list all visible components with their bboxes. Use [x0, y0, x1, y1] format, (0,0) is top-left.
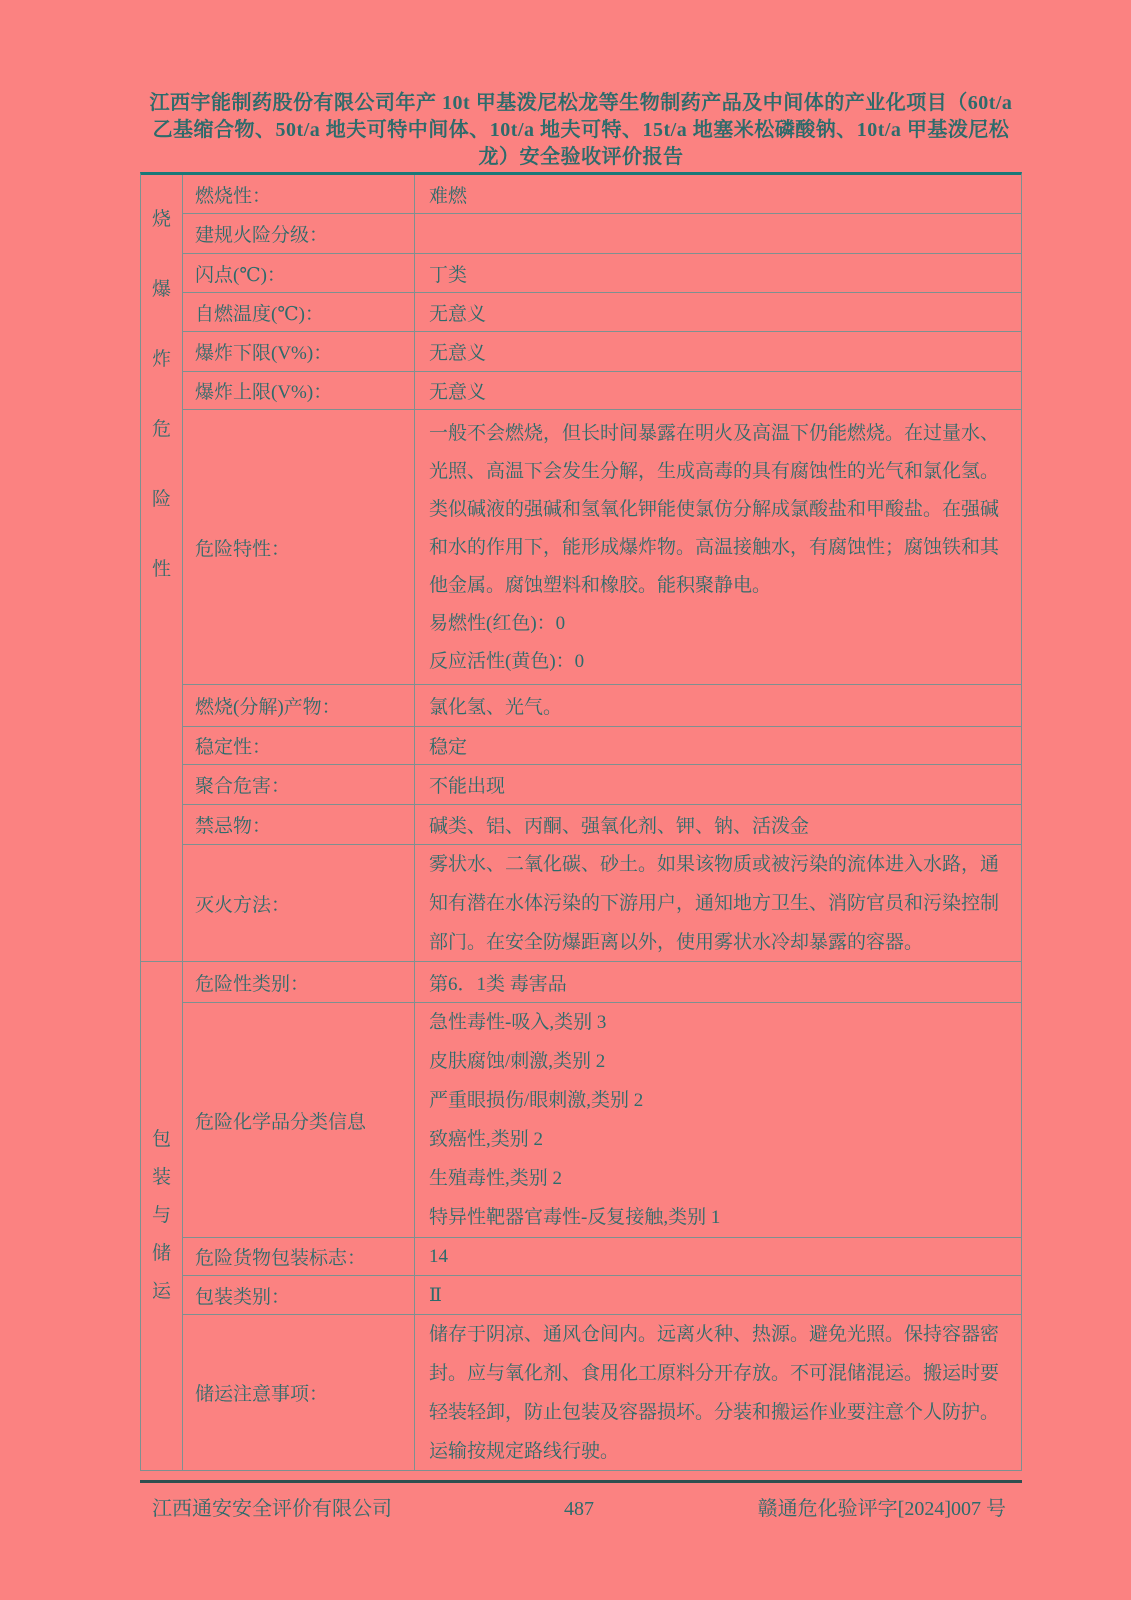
row-value: 无意义 — [415, 332, 1021, 371]
row-hazard-characteristics: 危险特性： 一般不会燃烧，但长时间暴露在明火及高温下仍能燃烧。在过量水、光照、高… — [183, 409, 1021, 684]
row-packaging-mark: 危险货物包装标志： 14 — [183, 1237, 1021, 1275]
row-label: 爆炸上限(V%)： — [183, 372, 415, 409]
row-value: 不能出现 — [415, 765, 1021, 804]
footer-page-number: 487 — [564, 1498, 594, 1521]
row-label: 聚合危害： — [183, 765, 415, 804]
classification-line: 致癌性,类别 2 — [429, 1120, 1013, 1159]
row-label: 包装类别： — [183, 1276, 415, 1314]
row-value: 储存于阴凉、通风仓间内。远离火种、热源。避免光照。保持容器密封。应与氧化剂、食用… — [415, 1315, 1021, 1470]
row-value: 稳定 — [415, 727, 1021, 764]
row-explosion-lower-limit: 爆炸下限(V%)： 无意义 — [183, 331, 1021, 371]
row-stability: 稳定性： 稳定 — [183, 726, 1021, 764]
row-explosion-upper-limit: 爆炸上限(V%)： 无意义 — [183, 371, 1021, 409]
row-value: 急性毒性-吸入,类别 3 皮肤腐蚀/刺激,类别 2 严重眼损伤/眼刺激,类别 2… — [415, 1003, 1021, 1237]
section-fire-explosion-hazard: 烧爆炸危险性 燃烧性： 难燃 建规火险分级： 闪点(℃)： 丁类 自燃温度(℃)… — [141, 175, 1021, 961]
row-value: 无意义 — [415, 372, 1021, 409]
row-value: 氯化氢、光气。 — [415, 685, 1021, 726]
row-hazchem-classification: 危险化学品分类信息 急性毒性-吸入,类别 3 皮肤腐蚀/刺激,类别 2 严重眼损… — [183, 1002, 1021, 1237]
footer-company: 江西通安安全评价有限公司 — [140, 1492, 564, 1521]
row-label: 自燃温度(℃)： — [183, 293, 415, 331]
hazard-properties-table: 烧爆炸危险性 燃烧性： 难燃 建规火险分级： 闪点(℃)： 丁类 自燃温度(℃)… — [140, 172, 1022, 1471]
row-value: 一般不会燃烧，但长时间暴露在明火及高温下仍能燃烧。在过量水、光照、高温下会发生分… — [415, 410, 1021, 684]
row-label: 稳定性： — [183, 727, 415, 764]
row-value: 雾状水、二氧化碳、砂土。如果该物质或被污染的流体进入水路，通知有潜在水体污染的下… — [415, 845, 1021, 961]
row-value: 无意义 — [415, 293, 1021, 331]
row-packaging-category: 包装类别： Ⅱ — [183, 1275, 1021, 1314]
row-label: 危险性类别： — [183, 962, 415, 1002]
section-packaging-storage: 包装与储运 危险性类别： 第6．1类 毒害品 危险化学品分类信息 急性毒性-吸入… — [141, 961, 1021, 1470]
row-value — [415, 214, 1021, 253]
row-storage-transport-notes: 储运注意事项： 储存于阴凉、通风仓间内。远离火种、热源。避免光照。保持容器密封。… — [183, 1314, 1021, 1470]
row-label: 危险货物包装标志： — [183, 1238, 415, 1275]
row-polymerization-hazard: 聚合危害： 不能出现 — [183, 764, 1021, 804]
row-combustion-products: 燃烧(分解)产物： 氯化氢、光气。 — [183, 684, 1021, 726]
footer-doc-number: 赣通危化验评字[2024]007 号 — [594, 1492, 1022, 1521]
flammability-rating-line: 易燃性(红色)：0 — [429, 605, 1013, 643]
hazard-paragraph: 一般不会燃烧，但长时间暴露在明火及高温下仍能燃烧。在过量水、光照、高温下会发生分… — [429, 423, 999, 596]
page-title: 江西宇能制药股份有限公司年产 10t 甲基泼尼松龙等生物制药产品及中间体的产业化… — [130, 0, 1032, 171]
classification-line: 特异性靶器官毒性-反复接触,类别 1 — [429, 1198, 1013, 1237]
page-title-line-3: 龙）安全验收评价报告 — [130, 144, 1032, 171]
page-title-line-2: 乙基缩合物、50t/a 地夫可特中间体、10t/a 地夫可特、15t/a 地塞米… — [130, 117, 1032, 144]
row-value: 第6．1类 毒害品 — [415, 962, 1021, 1002]
row-value: 难燃 — [415, 175, 1021, 213]
row-label: 灭火方法： — [183, 845, 415, 961]
row-label: 危险特性： — [183, 410, 415, 684]
row-value: 14 — [415, 1238, 1021, 1275]
section-vertical-label-packaging-storage: 包装与储运 — [141, 962, 183, 1470]
classification-line: 生殖毒性,类别 2 — [429, 1159, 1013, 1198]
page-footer: 江西通安安全评价有限公司 487 赣通危化验评字[2024]007 号 — [140, 1480, 1022, 1521]
row-label: 闪点(℃)： — [183, 254, 415, 292]
page-title-line-1: 江西宇能制药股份有限公司年产 10t 甲基泼尼松龙等生物制药产品及中间体的产业化… — [130, 90, 1032, 117]
classification-line: 急性毒性-吸入,类别 3 — [429, 1003, 1013, 1042]
row-hazard-class: 危险性类别： 第6．1类 毒害品 — [183, 962, 1021, 1002]
row-label: 危险化学品分类信息 — [183, 1003, 415, 1237]
row-fire-fighting-methods: 灭火方法： 雾状水、二氧化碳、砂土。如果该物质或被污染的流体进入水路，通知有潜在… — [183, 844, 1021, 961]
report-page: { "colors": { "page_background": "#fb828… — [0, 0, 1131, 1600]
row-label: 燃烧(分解)产物： — [183, 685, 415, 726]
row-flash-point: 闪点(℃)： 丁类 — [183, 253, 1021, 292]
row-fire-rating: 建规火险分级： — [183, 213, 1021, 253]
row-value: 碱类、铝、丙酮、强氧化剂、钾、钠、活泼金 — [415, 805, 1021, 844]
row-autoignition-temp: 自燃温度(℃)： 无意义 — [183, 292, 1021, 331]
row-value: Ⅱ — [415, 1276, 1021, 1314]
classification-line: 严重眼损伤/眼刺激,类别 2 — [429, 1081, 1013, 1120]
reactivity-rating-line: 反应活性(黄色)：0 — [429, 643, 1013, 681]
row-value: 丁类 — [415, 254, 1021, 292]
classification-line: 皮肤腐蚀/刺激,类别 2 — [429, 1042, 1013, 1081]
row-label: 燃烧性： — [183, 175, 415, 213]
section-vertical-label-fire-explosion: 烧爆炸危险性 — [141, 175, 183, 961]
row-label: 禁忌物： — [183, 805, 415, 844]
row-label: 爆炸下限(V%)： — [183, 332, 415, 371]
row-incompatibilities: 禁忌物： 碱类、铝、丙酮、强氧化剂、钾、钠、活泼金 — [183, 804, 1021, 844]
row-flammability: 燃烧性： 难燃 — [183, 175, 1021, 213]
row-label: 建规火险分级： — [183, 214, 415, 253]
row-label: 储运注意事项： — [183, 1315, 415, 1470]
